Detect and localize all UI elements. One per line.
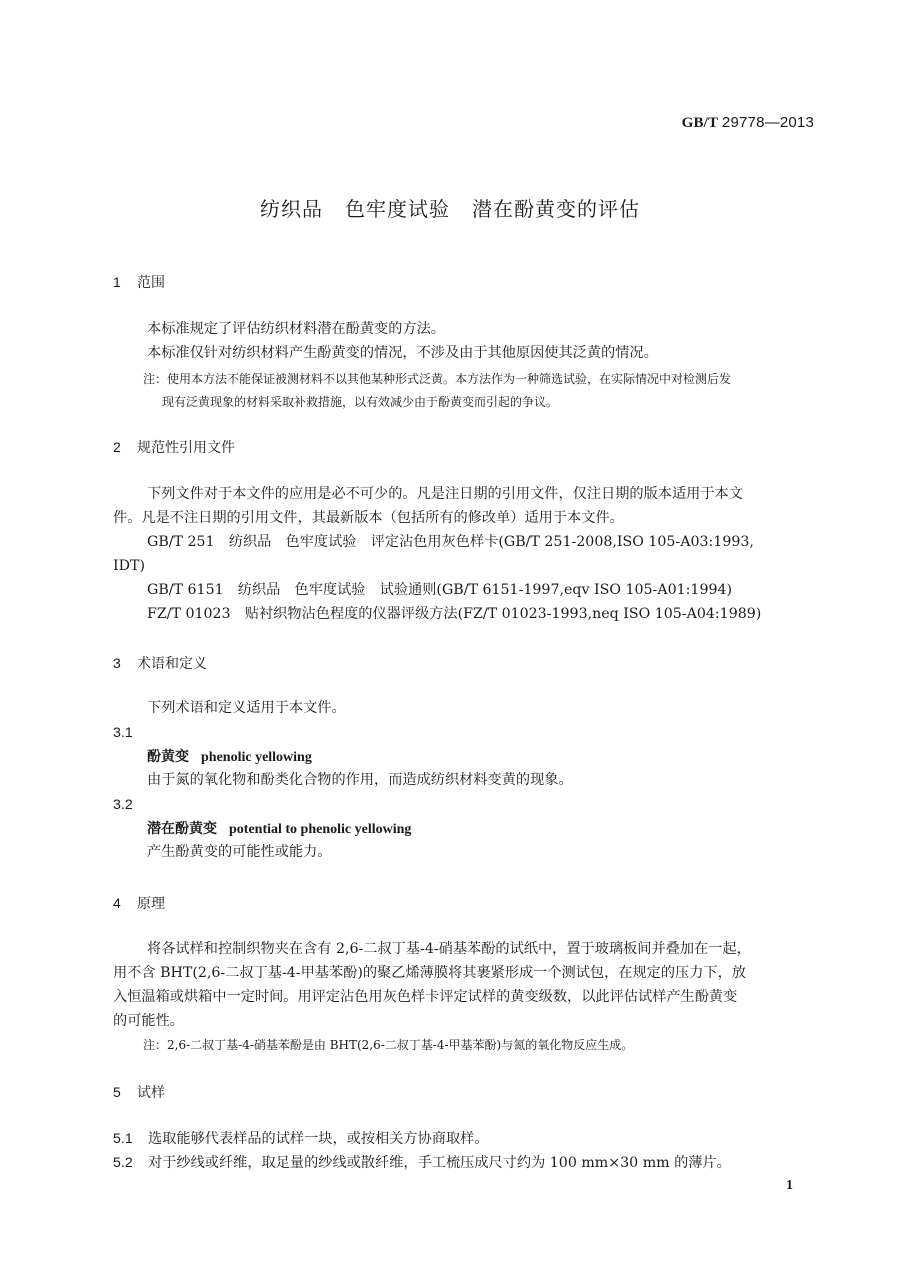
reference-item-continued: IDT) bbox=[113, 555, 145, 577]
term-definition: 产生酚黄变的可能性或能力。 bbox=[147, 841, 331, 863]
paragraph: 将各试样和控制织物夹在含有 2,6-二叔丁基-4-硝基苯酚的试纸中，置于玻璃板间… bbox=[147, 938, 751, 960]
page-number: 1 bbox=[786, 1178, 793, 1194]
term-definition: 由于氮的氧化物和酚类化合物的作用，而造成纺织材料变黄的现象。 bbox=[147, 769, 573, 791]
reference-item: GB/T 251 纺织品 色牢度试验 评定沾色用灰色样卡(GB/T 251-20… bbox=[147, 531, 754, 553]
note: 现有泛黄现象的材料采取补救措施，以有效减少由于酚黄变而引起的争议。 bbox=[162, 393, 558, 410]
term-number: 3.1 bbox=[113, 722, 133, 744]
document-title: 纺织品色牢度试验潜在酚黄变的评估 bbox=[0, 193, 900, 222]
term-label: 酚黄变phenolic yellowing bbox=[147, 746, 312, 766]
note: 注：2,6-二叔丁基-4-硝基苯酚是由 BHT(2,6-二叔丁基-4-甲基苯酚)… bbox=[143, 1036, 633, 1053]
paragraph: 下列文件对于本文件的应用是必不可少的。凡是注日期的引用文件，仅注日期的版本适用于… bbox=[147, 483, 743, 505]
section-heading-specimen: 5试样 bbox=[113, 1082, 165, 1102]
section-heading-terms: 3术语和定义 bbox=[113, 653, 207, 673]
paragraph: 本标准规定了评估纺织材料潜在酚黄变的方法。 bbox=[147, 318, 445, 340]
paragraph: 件。凡是不注日期的引用文件，其最新版本（包括所有的修改单）适用于本文件。 bbox=[113, 507, 624, 529]
paragraph: 下列术语和定义适用于本文件。 bbox=[147, 697, 346, 719]
title-part: 色牢度试验 bbox=[345, 197, 450, 221]
paragraph: 入恒温箱或烘箱中一定时间。用评定沾色用灰色样卡评定试样的黄变级数，以此评估试样产… bbox=[113, 986, 737, 1008]
reference-item: GB/T 6151 纺织品 色牢度试验 试验通则(GB/T 6151-1997,… bbox=[147, 579, 732, 601]
paragraph: 本标准仅针对纺织材料产生酚黄变的情况，不涉及由于其他原因使其泛黄的情况。 bbox=[147, 342, 658, 364]
reference-item: FZ/T 01023 贴衬织物沾色程度的仪器评级方法(FZ/T 01023-19… bbox=[147, 603, 761, 625]
term-number: 3.2 bbox=[113, 794, 133, 816]
section-heading-scope: 1范围 bbox=[113, 272, 165, 292]
section-heading-normative-references: 2规范性引用文件 bbox=[113, 437, 235, 457]
paragraph: 用不含 BHT(2,6-二叔丁基-4-甲基苯酚)的聚乙烯薄膜将其裹紧形成一个测试… bbox=[113, 962, 746, 984]
term-label: 潜在酚黄变potential to phenolic yellowing bbox=[147, 818, 411, 838]
paragraph: 的可能性。 bbox=[113, 1010, 184, 1032]
standard-number: GB/T 29778—2013 bbox=[682, 114, 814, 132]
standard-prefix: GB/T bbox=[682, 115, 718, 131]
title-part: 潜在酚黄变的评估 bbox=[472, 197, 640, 221]
section-heading-principle: 4原理 bbox=[113, 893, 165, 913]
note: 注：使用本方法不能保证被测材料不以其他某种形式泛黄。本方法作为一种筛选试验，在实… bbox=[143, 370, 731, 387]
title-part: 纺织品 bbox=[260, 197, 323, 221]
clause-item: 5.2对于纱线或纤维，取足量的纱线或散纤维，手工梳压成尺寸约为 100 mm×3… bbox=[113, 1152, 731, 1174]
standard-code: 29778—2013 bbox=[722, 114, 814, 131]
clause-item: 5.1选取能够代表样品的试样一块，或按相关方协商取样。 bbox=[113, 1128, 489, 1150]
